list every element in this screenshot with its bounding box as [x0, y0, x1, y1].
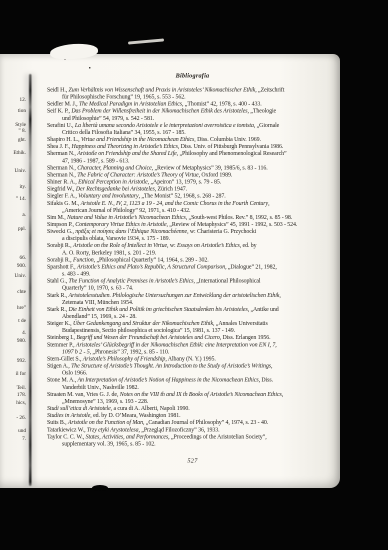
bib-line: Suits B., Aristotle on the Function of M…: [47, 419, 338, 426]
bib-line: Shiner R. A., Ethical Perception in Aris…: [47, 178, 338, 185]
scanned-book-page: 12.tionStyle” 8.ght.Ethik.Univ.ity.” 14.…: [0, 0, 388, 550]
bib-line: Stemmer P., Aristoteles’ Glücksbegriff i…: [47, 341, 338, 348]
page-title: Bibliografia: [47, 72, 338, 80]
margin-fragment: 980.: [0, 338, 26, 344]
bib-line: Sherman N., Character, Planning and Choi…: [47, 164, 338, 171]
bib-line: Shea J. F., Happiness and Theorizing in …: [47, 143, 338, 150]
bib-line: a discipulis oblata, Varsovie 1934, s. 1…: [47, 235, 338, 242]
margin-fragment: hre”: [0, 305, 26, 311]
bib-line: Straaten M. van, Vries G. J. de, Notes o…: [47, 390, 338, 397]
margin-fragment: il for: [0, 371, 26, 377]
bib-line: s. 483 - 499.: [47, 270, 338, 277]
margin-fragment: Univ.: [0, 273, 26, 279]
bib-line: Sorabji R., Aristotle on the Role of Int…: [47, 242, 338, 249]
bib-line: 1097 b 2 - 5, „Phronesis” 37, 1992, s. 8…: [47, 348, 338, 355]
bib-line: „American Journal of Philology” 92, 1971…: [47, 206, 338, 213]
bib-line: Sherman N., Aristotle on Friendship and …: [47, 150, 338, 157]
bib-line: Stern-Gillet S., Aristotle’s Philosophy …: [47, 355, 338, 362]
margin-fragment: 178.: [0, 392, 26, 398]
ink-speck: [89, 67, 91, 69]
margin-fragment: ght.: [0, 137, 26, 143]
margin-fragment: 66.: [0, 255, 26, 261]
margin-fragment: chte: [0, 289, 26, 295]
margin-fragment: und: [0, 428, 26, 434]
margin-fragment: hics,: [0, 400, 26, 406]
bib-line: Zetemata VIII, München 1954.: [47, 298, 338, 305]
bib-line: und Philosophie” 54, 1979, s. 542 - 581.: [47, 114, 338, 121]
margin-fragment: 900.: [0, 263, 26, 269]
bib-line: „Mnemosyne” 13, 1969, s. 193 - 228.: [47, 397, 338, 404]
margin-fragment: Univ.: [0, 168, 26, 174]
bib-line: Stahl G., The Function of Analytic Premi…: [47, 277, 338, 284]
bib-line: Taylor C. C. W., States, Activities, and…: [47, 433, 338, 440]
bibliography-list: Seidl H., Zum Verhältnis von Wissenschaf…: [47, 86, 338, 447]
margin-fragment: ity.: [0, 184, 26, 190]
bib-line: Sim M., Nature and Value in Aristotle’s …: [47, 213, 338, 220]
bib-line: Stark R., Die Einheit von Ethik und Poli…: [47, 305, 338, 312]
margin-fragment: 992.: [0, 358, 26, 364]
page-number: 527: [47, 457, 338, 465]
bib-line: Steiger K., Über Gedankengang und Strukt…: [47, 320, 338, 327]
gutter-shadow: [29, 74, 32, 486]
margin-fragment: Ethik.: [0, 150, 26, 156]
bib-line: 47, 1986 - 1987, s. 589 - 613.: [47, 157, 338, 164]
margin-fragment: tion: [0, 108, 26, 114]
bib-line: Steinberg I., Begriff und Wesen der Freu…: [47, 334, 338, 341]
bib-line: Critico della Filosofia Italiana” 34, 19…: [47, 128, 338, 135]
bib-line: A. O. Rorty, Berkeley 1981, s. 201 - 219…: [47, 249, 338, 256]
bib-line: Sherman N., The Fabric of Character: Ari…: [47, 171, 338, 178]
bib-line: Sorabji R., Function, „Philosophical Qua…: [47, 256, 338, 263]
margin-fragment: 12.: [0, 97, 26, 103]
margin-fragment: - 26.: [0, 415, 26, 421]
bib-line: Seidl H., Zum Verhältnis von Wissenschaf…: [47, 86, 338, 93]
bib-line: Studies in Aristotle, ed. by D. O’Meara,…: [47, 412, 338, 419]
bib-line: Sparshott F., Aristotle’s Ethics and Pla…: [47, 263, 338, 270]
bib-line: für Philosophische Forschung” 19, 1965, …: [47, 93, 338, 100]
margin-fragment: Teil.: [0, 385, 26, 391]
margin-fragment: ” 8.: [0, 128, 26, 134]
scan-nick-artifact: [92, 485, 108, 491]
bib-line: supplementary vol. 39, 1965, s. 85 - 102…: [47, 440, 338, 447]
margin-fragment: 7.: [0, 436, 26, 442]
margin-fragment: t de: [0, 318, 26, 324]
bib-line: Stigen A., The Structure of Aristotle’s …: [47, 362, 338, 369]
margin-fragment: 4.: [0, 330, 26, 336]
scan-scratch-artifact: [128, 38, 164, 44]
bib-line: Stark R., Aristotelesstudien. Philologis…: [47, 291, 338, 298]
bib-line: Seif K. P., Das Problem der Willensfreih…: [47, 107, 338, 114]
bib-line: Simpson P., Contemporary Virtue Ethics i…: [47, 220, 338, 227]
bib-line: Seidler M. J., The Medical Paradigm in A…: [47, 100, 338, 107]
bib-line: Siegler F. A., Voluntary and Involuntary…: [47, 192, 338, 199]
bib-line: Studi sull’etica di Aristotele, a cura d…: [47, 405, 338, 412]
bib-line: Siegfrid W., Der Rechtsgedanke bei Arist…: [47, 185, 338, 192]
bib-line: Stone M. A., An Interpretation of Aristo…: [47, 376, 338, 383]
margin-fragment: Style: [0, 122, 26, 128]
bib-line: Budapestinensis, Sectio philosophica et …: [47, 327, 338, 334]
bib-line: Oslo 1966.: [47, 369, 338, 376]
margin-fragment: ppl.: [0, 226, 26, 232]
page: 12.tionStyle” 8.ght.Ethik.Univ.ity.” 14.…: [0, 54, 340, 488]
bib-line: Vanderbilt Univ., Nashville 1982.: [47, 383, 338, 390]
bib-line: Serafini U., La libertà umana secondo Ar…: [47, 121, 338, 128]
bib-line: Siwecki G., πρᾶξις et ποίησις dans l’Éth…: [47, 228, 338, 235]
margin-fragment: ” 14.: [0, 196, 26, 202]
bib-line: Sifakis G. M., Aristotle E. N., IV, 2, 1…: [47, 199, 338, 206]
facing-page-fragments: 12.tionStyle” 8.ght.Ethik.Univ.ity.” 14.…: [0, 54, 26, 488]
bib-line: Tatarkiewicz W., Trzy etyki Arystotelesa…: [47, 426, 338, 433]
margin-fragment: a.: [0, 212, 26, 218]
bib-line: Quarterly” 10, 1970, s. 63 - 74.: [47, 284, 338, 291]
bib-line: Shapiro H. L., Virtue and Friendship in …: [47, 136, 338, 143]
